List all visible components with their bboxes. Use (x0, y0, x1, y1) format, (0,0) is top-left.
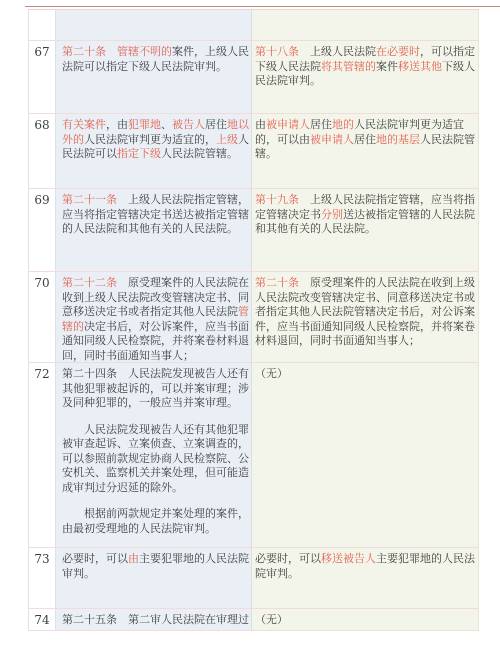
plain-text: 人民法院管辖。 (161, 147, 238, 160)
top-rule (25, 6, 500, 7)
table-row: 67第二十条 管辖不明的案件，上级人民法院可以指定下级人民法院审判。第十八条 上… (28, 41, 479, 114)
old-provision-cell: 第二十五条 第二审人民法院在审理过 (56, 609, 252, 630)
paragraph: 第二十五条 第二审人民法院在审理过 (62, 613, 249, 628)
old-provision-cell: 第二十条 管辖不明的案件，上级人民法院可以指定下级人民法院审判。 (56, 41, 252, 113)
highlighted-text: 有关案件 (62, 118, 106, 131)
paragraph: 第二十二条 原受理案件的人民法院在收到上级人民法院改变管辖决定书、同意移送决定书… (62, 276, 249, 362)
plain-text: 居住 (354, 133, 376, 146)
row-number-cell: 72 (28, 363, 56, 547)
plain-text: ，由 (106, 118, 128, 131)
comparison-table: 67第二十条 管辖不明的案件，上级人民法院可以指定下级人民法院审判。第十八条 上… (28, 9, 479, 631)
plain-text: 必要时，可以 (62, 552, 128, 565)
plain-text: 人民法院审判更为适宜的， (84, 133, 216, 146)
table-row: 73必要时，可以由主要犯罪地的人民法院审判。必要时，可以移送被告人主要犯罪地的人… (28, 548, 479, 609)
highlighted-text: 被申请人 (310, 133, 354, 146)
paragraph: 必要时，可以移送被告人主要犯罪地的人民法院审判。 (255, 552, 476, 581)
table-row: 74第二十五条 第二审人民法院在审理过（无） (28, 609, 479, 631)
highlighted-text: 第十九条 (255, 193, 299, 206)
page: { "colors": { "highlight": "#e2604e", "o… (0, 0, 500, 647)
plain-text: 第二十五条 第二审人民法院在审理过 (62, 613, 249, 626)
table-row: 70第二十二条 原受理案件的人民法院在收到上级人民法院改变管辖决定书、同意移送决… (28, 272, 479, 363)
new-provision-cell: 必要时，可以移送被告人主要犯罪地的人民法院审判。 (252, 548, 479, 608)
plain-text: 第二十四条 人民法院发现被告人还有其他犯罪被起诉的，可以并案审理；涉及同种犯罪的… (62, 367, 249, 409)
plain-text: 上级人民法院 (299, 45, 376, 58)
paragraph: 第十九条 上级人民法院指定管辖，应当将指定管辖决定书分别送达被指定管辖的人民法院… (255, 193, 476, 237)
table-row (28, 10, 479, 41)
highlighted-text: 移送被告人 (321, 552, 376, 565)
paragraph: （无） (255, 613, 476, 628)
plain-text: （无） (255, 613, 288, 626)
highlighted-text: 犯罪地 (128, 118, 161, 131)
plain-text: 案件 (376, 60, 398, 73)
row-number-cell (28, 10, 56, 40)
plain-text: 根据前两款规定并案处理的案件，由最初受理地的人民法院审判。 (62, 507, 249, 535)
highlighted-text: 指定下级 (117, 147, 161, 160)
highlighted-text: 地的 (332, 118, 354, 131)
paragraph: 有关案件，由犯罪地、被告人居住地以外的人民法院审判更为适宜的，上级人民法院可以指… (62, 118, 249, 162)
plain-text: 决定书后，对公诉案件，应当书面通知同级人民检察院，并将案卷材料退回，同时书面通知… (62, 320, 249, 362)
new-provision-cell: （无） (252, 609, 479, 630)
table-row: 68有关案件，由犯罪地、被告人居住地以外的人民法院审判更为适宜的，上级人民法院可… (28, 114, 479, 189)
highlighted-text: 被申请人 (266, 118, 310, 131)
paragraph: 第二十条 管辖不明的案件，上级人民法院可以指定下级人民法院审判。 (62, 45, 249, 74)
row-number-cell: 73 (28, 548, 56, 608)
plain-text: 居住 (310, 118, 332, 131)
old-provision-cell (56, 10, 252, 40)
plain-text: 居住 (205, 118, 227, 131)
plain-text: （无） (255, 367, 288, 380)
row-number-cell: 70 (28, 272, 56, 362)
paragraph: 第二十四条 人民法院发现被告人还有其他犯罪被起诉的，可以并案审理；涉及同种犯罪的… (62, 367, 249, 411)
row-number-cell: 68 (28, 114, 56, 188)
paragraph: 由被申请人居住地的人民法院审判更为适宜的，可以由被申请人居住地的基层人民法院管辖… (255, 118, 476, 162)
old-provision-cell: 第二十四条 人民法院发现被告人还有其他犯罪被起诉的，可以并案审理；涉及同种犯罪的… (56, 363, 252, 547)
plain-text: 人民法院发现被告人还有其他犯罪被审查起诉、立案侦查、立案调查的，可以参照前款规定… (62, 423, 249, 494)
paragraph: 第二十一条 上级人民法院指定管辖，应当将指定管辖决定书送达被指定管辖的人民法院和… (62, 193, 249, 237)
highlighted-text: 第二十条 (255, 276, 299, 289)
row-number-cell: 67 (28, 41, 56, 113)
highlighted-text: 被告人 (172, 118, 205, 131)
table-row: 69第二十一条 上级人民法院指定管辖，应当将指定管辖决定书送达被指定管辖的人民法… (28, 189, 479, 272)
paragraph: 第十八条 上级人民法院在必要时，可以指定下级人民法院将其管辖的案件移送其他下级人… (255, 45, 476, 89)
highlighted-text: 在必要时 (376, 45, 420, 58)
paragraph: 根据前两款规定并案处理的案件，由最初受理地的人民法院审判。 (62, 507, 249, 536)
old-provision-cell: 第二十一条 上级人民法院指定管辖，应当将指定管辖决定书送达被指定管辖的人民法院和… (56, 189, 252, 271)
highlighted-text: 上级 (216, 133, 238, 146)
paragraph: 必要时，可以由主要犯罪地的人民法院审判。 (62, 552, 249, 581)
highlighted-text: 移送其他 (398, 60, 442, 73)
row-number-cell: 69 (28, 189, 56, 271)
highlighted-text: 分别 (321, 208, 343, 221)
new-provision-cell: （无） (252, 363, 479, 547)
table-row: 72第二十四条 人民法院发现被告人还有其他犯罪被起诉的，可以并案审理；涉及同种犯… (28, 363, 479, 548)
highlighted-text: 管辖不明的 (117, 45, 172, 58)
new-provision-cell: 第十九条 上级人民法院指定管辖，应当将指定管辖决定书分别送达被指定管辖的人民法院… (252, 189, 479, 271)
old-provision-cell: 第二十二条 原受理案件的人民法院在收到上级人民法院改变管辖决定书、同意移送决定书… (56, 272, 252, 362)
plain-text: 由 (255, 118, 266, 131)
new-provision-cell: 由被申请人居住地的人民法院审判更为适宜的，可以由被申请人居住地的基层人民法院管辖… (252, 114, 479, 188)
plain-text (106, 45, 117, 58)
plain-text: 、 (161, 118, 172, 131)
new-provision-cell: 第二十条 原受理案件的人民法院在收到上级人民法院改变管辖决定书、同意移送决定书或… (252, 272, 479, 362)
highlighted-text: 将其管辖的 (321, 60, 376, 73)
highlighted-text: 第二十一条 (62, 193, 117, 206)
highlighted-text: 地的基层 (376, 133, 420, 146)
paragraph: 第二十条 原受理案件的人民法院在收到上级人民法院改变管辖决定书、同意移送决定书或… (255, 276, 476, 349)
paragraph: （无） (255, 367, 476, 382)
highlighted-text: 第二十二条 (62, 276, 117, 289)
highlighted-text: 第二十条 (62, 45, 106, 58)
highlighted-text: 第十八条 (255, 45, 299, 58)
new-provision-cell (252, 10, 479, 40)
plain-text: 必要时，可以 (255, 552, 321, 565)
old-provision-cell: 有关案件，由犯罪地、被告人居住地以外的人民法院审判更为适宜的，上级人民法院可以指… (56, 114, 252, 188)
row-number-cell: 74 (28, 609, 56, 630)
old-provision-cell: 必要时，可以由主要犯罪地的人民法院审判。 (56, 548, 252, 608)
highlighted-text: 由 (128, 552, 139, 565)
new-provision-cell: 第十八条 上级人民法院在必要时，可以指定下级人民法院将其管辖的案件移送其他下级人… (252, 41, 479, 113)
paragraph: 人民法院发现被告人还有其他犯罪被审查起诉、立案侦查、立案调查的，可以参照前款规定… (62, 423, 249, 496)
